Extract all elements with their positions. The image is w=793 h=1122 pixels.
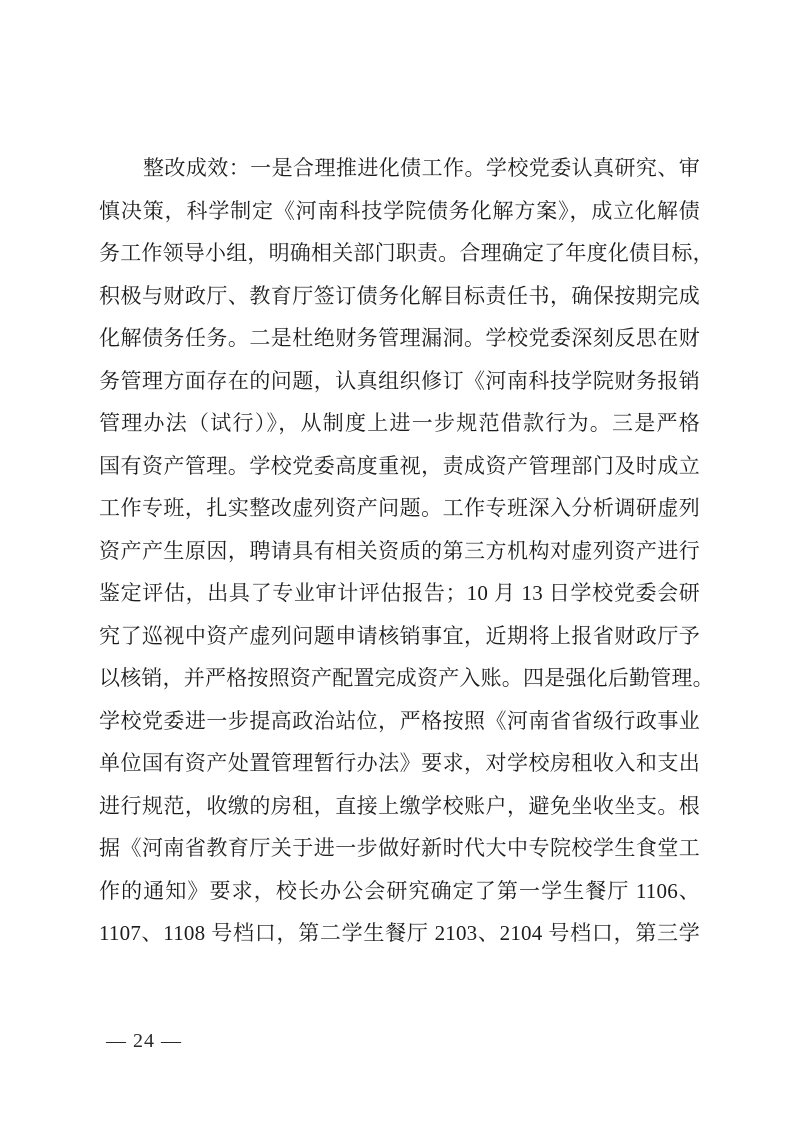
text-line: 工作专班，扎实整改虚列资产问题。工作专班深入分析调研虚列 xyxy=(99,487,700,530)
text-line: 学校党委进一步提高政治站位，严格按照《河南省省级行政事业 xyxy=(99,700,700,743)
text-line: 管理办法（试行）》，从制度上进一步规范借款行为。三是严格 xyxy=(99,402,700,445)
text-line: 究了巡视中资产虚列问题申请核销事宜，近期将上报省财政厅予 xyxy=(99,615,700,658)
page-number: — 24 — xyxy=(106,1030,182,1053)
body-text: 整改成效：一是合理推进化债工作。学校党委认真研究、审 慎决策，科学制定《河南科技… xyxy=(99,147,700,955)
text-line: 作的通知》要求，校长办公会研究确定了第一学生餐厅 1106、 xyxy=(99,870,700,913)
text-line: 国有资产管理。学校党委高度重视，责成资产管理部门及时成立 xyxy=(99,445,700,488)
text-line: 务管理方面存在的问题，认真组织修订《河南科技学院财务报销 xyxy=(99,360,700,403)
text-line: 积极与财政厅、教育厅签订债务化解目标责任书，确保按期完成 xyxy=(99,275,700,318)
text-line: 资产产生原因，聘请具有相关资质的第三方机构对虚列资产进行 xyxy=(99,530,700,573)
text-line: 慎决策，科学制定《河南科技学院债务化解方案》，成立化解债 xyxy=(99,190,700,233)
text-line: 整改成效：一是合理推进化债工作。学校党委认真研究、审 xyxy=(99,147,700,190)
text-line: 化解债务任务。二是杜绝财务管理漏洞。学校党委深刻反思在财 xyxy=(99,317,700,360)
text-line: 以核销，并严格按照资产配置完成资产入账。四是强化后勤管理。 xyxy=(99,657,700,700)
text-line: 务工作领导小组，明确相关部门职责。合理确定了年度化债目标， xyxy=(99,232,700,275)
text-line: 据《河南省教育厅关于进一步做好新时代大中专院校学生食堂工 xyxy=(99,827,700,870)
text-line: 1107、1108 号档口，第二学生餐厅 2103、2104 号档口，第三学 xyxy=(99,912,700,955)
text-line: 进行规范，收缴的房租，直接上缴学校账户，避免坐收坐支。根 xyxy=(99,785,700,828)
document-page: 整改成效：一是合理推进化债工作。学校党委认真研究、审 慎决策，科学制定《河南科技… xyxy=(0,0,793,1122)
text-line: 单位国有资产处置管理暂行办法》要求，对学校房租收入和支出 xyxy=(99,742,700,785)
text-line: 鉴定评估，出具了专业审计评估报告；10 月 13 日学校党委会研 xyxy=(99,572,700,615)
